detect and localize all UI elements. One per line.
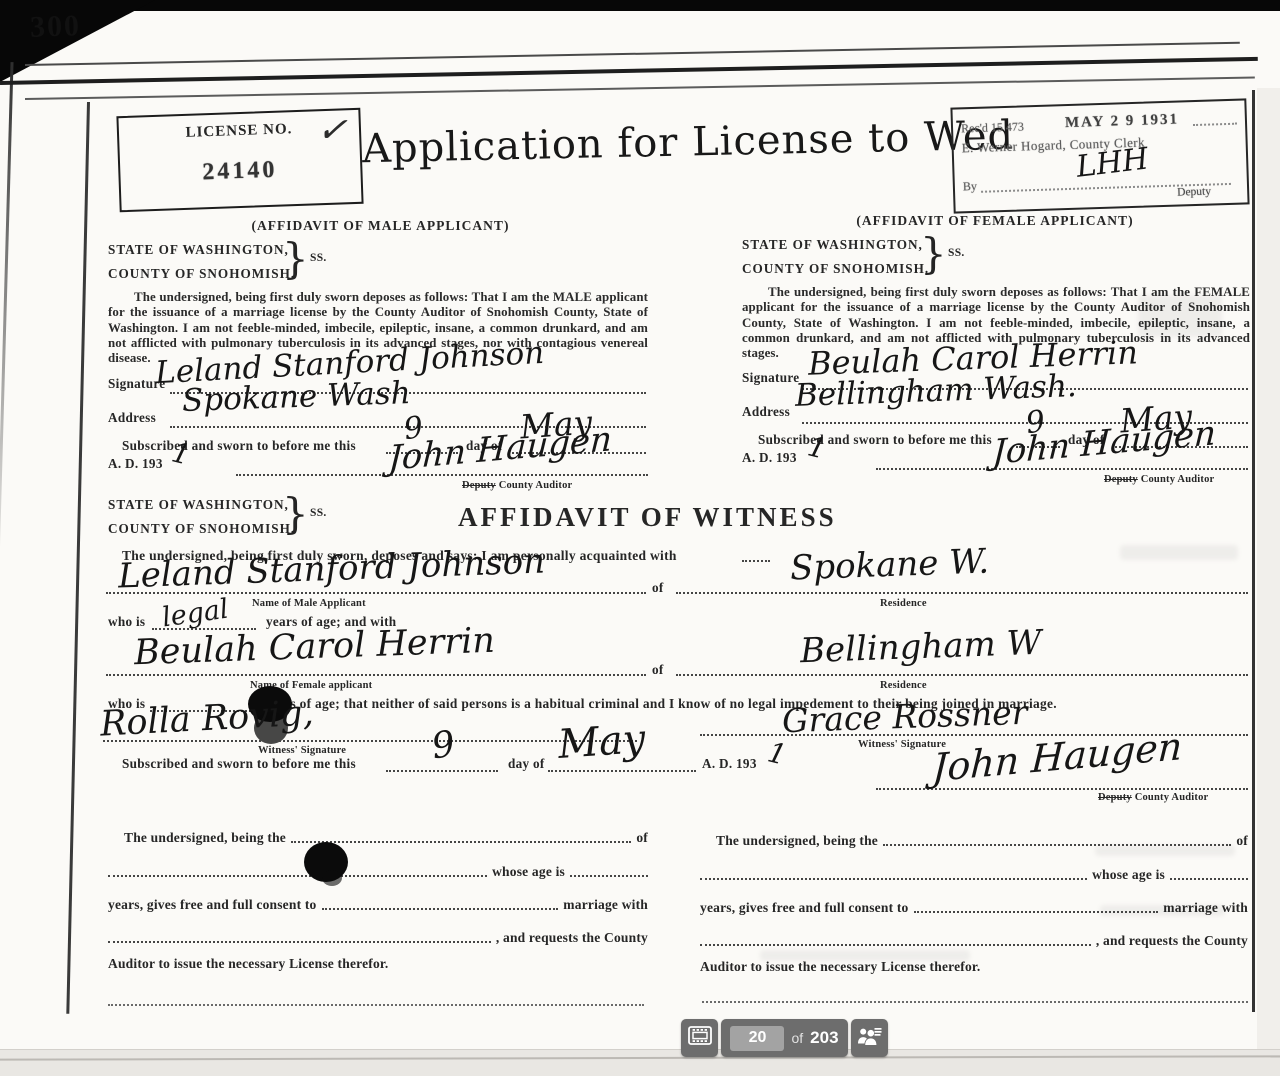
page-number: 300	[29, 9, 81, 45]
ss-label: SS.	[310, 252, 327, 264]
county-auditor-word: County Auditor	[1141, 474, 1215, 485]
auditor-title-label: Deputy County Auditor	[462, 480, 572, 491]
witness-female-residence-handwriting: Bellingham W	[799, 626, 1042, 668]
of-label: of	[791, 1030, 803, 1046]
consent-line: years, gives free and full consent to ma…	[700, 900, 1248, 916]
people-list-icon	[857, 1026, 883, 1051]
deputy-initials-signature: LHH	[1075, 144, 1150, 182]
county-line: COUNTY OF SNOHOMISH.	[108, 521, 295, 537]
consent-text: Auditor to issue the necessary License t…	[700, 959, 980, 975]
ink-blot	[322, 870, 342, 886]
bleedthrough-smudge	[1120, 545, 1238, 560]
consent-text: marriage with	[563, 897, 648, 913]
ad-label: A. D. 193	[702, 756, 757, 772]
deputy-word: Deputy	[462, 480, 496, 491]
witness-month-handwriting: May	[557, 719, 647, 765]
scanned-document-page: 300 LICENSE NO. 24140 ✓ Application for …	[0, 0, 1280, 1076]
male-age-handwriting: legal	[160, 595, 230, 631]
index-button[interactable]	[851, 1019, 888, 1057]
residence-caption: Residence	[880, 598, 927, 609]
consent-text: of	[636, 830, 648, 846]
day-of-label: day of	[508, 756, 545, 772]
of-label: of	[652, 662, 664, 678]
who-is-label: who is	[108, 614, 145, 630]
consent-text: The undersigned, being the	[716, 833, 878, 849]
ss-label: SS.	[310, 507, 327, 519]
consent-section-right: The undersigned, being the of whose age …	[700, 833, 1248, 983]
form-left-border	[66, 102, 89, 1014]
state-line: STATE OF WASHINGTON,	[108, 242, 289, 258]
witness-year-handwriting: 1	[765, 738, 789, 769]
form-right-border	[1252, 90, 1255, 1012]
ad-label: A. D. 193	[108, 456, 163, 472]
consent-line: Auditor to issue the necessary License t…	[700, 959, 1248, 975]
book-spine-line	[0, 62, 14, 602]
brace-glyph: }	[282, 489, 309, 538]
female-affidavit-heading: (AFFIDAVIT OF FEMALE APPLICANT)	[740, 213, 1250, 229]
checkmark-icon: ✓	[316, 112, 349, 150]
filmstrip-icon	[688, 1026, 712, 1050]
consent-line: , and requests the County	[700, 933, 1248, 949]
county-line: COUNTY OF SNOHOMISH.	[108, 266, 295, 282]
witness-female-name-handwriting: Beulah Carol Herrin	[133, 624, 495, 672]
residence-caption: Residence	[880, 680, 927, 691]
county-auditor-word: County Auditor	[1135, 792, 1209, 803]
license-number-box: LICENSE NO. 24140 ✓	[116, 108, 363, 212]
deputy-word: Deputy	[1098, 792, 1132, 803]
male-name-caption: Name of Male Applicant	[252, 598, 366, 609]
address-label: Address	[108, 410, 156, 426]
image-viewer-toolbar: 20 of 203	[681, 1019, 888, 1057]
of-label: of	[652, 580, 664, 596]
scan-bottom-band	[0, 1049, 1280, 1076]
sworn-text: Subscribed and sworn to before me this	[758, 432, 992, 448]
address-label: Address	[742, 404, 790, 420]
state-line: STATE OF WASHINGTON,	[108, 497, 289, 513]
male-address-handwriting: Spokane Wash	[182, 378, 412, 417]
stamp-by-label: By	[963, 179, 977, 194]
consent-line: years, gives free and full consent to ma…	[108, 897, 648, 913]
ad-label: A. D. 193	[742, 450, 797, 466]
brace-glyph: }	[920, 229, 947, 278]
stamp-deputy-label: Deputy	[1177, 186, 1211, 199]
consent-line: The undersigned, being the of	[700, 833, 1248, 849]
witness-signature-caption: Witness' Signature	[258, 745, 346, 756]
witness2-signature-handwriting: Grace Rossner	[781, 696, 1027, 738]
stamp-date: MAY 2 9 1931	[1065, 112, 1180, 133]
witness-male-residence-handwriting: Spokane W.	[789, 545, 989, 586]
county-line: COUNTY OF SNOHOMISH.	[742, 261, 929, 277]
consent-text: years, gives free and full consent to	[108, 897, 317, 913]
consent-line: The undersigned, being the of	[108, 830, 648, 846]
consent-line: Auditor to issue the necessary License t…	[108, 956, 648, 972]
total-pages: 203	[810, 1028, 838, 1048]
sworn-text: Subscribed and sworn to before me this	[122, 756, 356, 772]
ss-label: SS.	[948, 247, 965, 259]
consent-text: The undersigned, being the	[124, 830, 286, 846]
page-right-margin	[1257, 88, 1280, 1053]
sworn-text: Subscribed and sworn to before me this	[122, 438, 356, 454]
consent-text: of	[1236, 833, 1248, 849]
license-number: 24140	[202, 157, 278, 187]
witness-day-handwriting: 9	[430, 727, 458, 766]
consent-text: marriage with	[1163, 900, 1248, 916]
auditor-title-label: Deputy County Auditor	[1098, 792, 1208, 803]
page-navigation-group: 20 of 203	[721, 1019, 848, 1057]
brace-glyph: }	[282, 234, 309, 283]
county-auditor-word: County Auditor	[499, 480, 573, 491]
deputy-word: Deputy	[1104, 474, 1138, 485]
consent-section-left: The undersigned, being the of whose age …	[108, 830, 648, 980]
male-affidavit-heading: (AFFIDAVIT OF MALE APPLICANT)	[108, 218, 653, 234]
document-title: Application for License to Wed	[362, 114, 963, 173]
consent-text: whose age is	[492, 864, 565, 880]
auditor-title-label: Deputy County Auditor	[1104, 474, 1214, 485]
scan-top-edge	[0, 0, 1280, 11]
witness-affidavit-heading: AFFIDAVIT OF WITNESS	[458, 502, 837, 533]
consent-line: , and requests the County	[108, 930, 648, 946]
consent-text: years, gives free and full consent to	[700, 900, 909, 916]
clerk-stamp-box: Rec'd 15 473 MAY 2 9 1931 E. Werner Hoga…	[950, 98, 1249, 213]
current-page-input[interactable]: 20	[730, 1026, 784, 1051]
consent-line: whose age is	[108, 864, 648, 880]
consent-text: , and requests the County	[496, 930, 648, 946]
consent-text: whose age is	[1092, 867, 1165, 883]
signature-label: Signature	[742, 370, 799, 386]
stamp-received: Rec'd 15 473	[961, 119, 1024, 136]
consent-text: , and requests the County	[1096, 933, 1248, 949]
filmstrip-button[interactable]	[681, 1019, 718, 1057]
state-line: STATE OF WASHINGTON,	[742, 237, 923, 253]
consent-line: whose age is	[700, 867, 1248, 883]
consent-text: Auditor to issue the necessary License t…	[108, 956, 388, 972]
